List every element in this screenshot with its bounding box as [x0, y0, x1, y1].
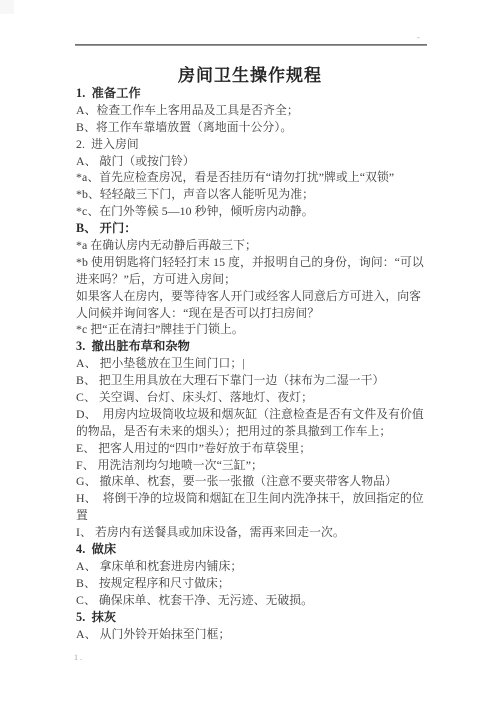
doc-line: B、 把卫生用具放在大理石下靠门一边（抹布为二湿一干）: [76, 372, 432, 389]
corner-shade: [0, 0, 14, 14]
doc-line: 1. 准备工作: [76, 85, 432, 102]
header-tick-mark: -: [416, 33, 421, 42]
doc-line: 2. 进入房间: [76, 136, 432, 153]
doc-line: *a、首先应检查房况，看是否挂历有“请勿打扰”牌或上“双锁”: [76, 169, 432, 186]
page-title: 房间卫生操作规程: [0, 61, 500, 86]
doc-line: *b、轻轻敲三下门，声音以客人能听见为准；: [76, 186, 432, 203]
doc-line: D、 用房内垃圾筒收垃圾和烟灰缸（注意检查是否有文件及有价值: [76, 406, 432, 423]
doc-line: G、 撤床单、枕套，要一张一张撤（注意不要夹带客人物品）: [76, 473, 432, 490]
doc-line: A、 把小垫毯放在卫生间门口；|: [76, 355, 432, 372]
doc-line: 人问候并询问客人：“现在是否可以打扫房间？: [76, 305, 432, 322]
doc-line: 进来吗？”后，方可进入房间；: [76, 271, 432, 288]
doc-line: I、 若房内有送餐具或加床设备，需再来回走一次。: [76, 524, 432, 541]
doc-line: B、 按规定程序和尺寸做床；: [76, 575, 432, 592]
document-body: 1. 准备工作A、检查工作车上客用品及工具是否齐全；B、将工作车靠墙放置（离地面…: [76, 85, 432, 642]
doc-line: *c 把“正在清扫”牌挂于门锁上。: [76, 321, 432, 338]
doc-line: E、 把客人用过的“四巾”卷好放于布草袋里；: [76, 440, 432, 457]
doc-line: C、 确保床单、枕套干净、无污迹、无破损。: [76, 592, 432, 609]
header-rule: [75, 44, 427, 46]
doc-line: *a 在确认房内无动静后再敲三下；: [76, 237, 432, 254]
doc-line: B、 开门：: [76, 220, 432, 237]
doc-line: H、 将倒干净的垃圾筒和烟缸在卫生间内洗净抹干，放回指定的位: [76, 490, 432, 507]
doc-line: 的物品，是否有未来的烟头）；把用过的茶具撤到工作车上；: [76, 423, 432, 440]
document-page: - 房间卫生操作规程 1. 准备工作A、检查工作车上客用品及工具是否齐全；B、将…: [0, 0, 500, 708]
doc-line: 3. 撤出脏布草和杂物: [76, 338, 432, 355]
doc-line: A、 拿床单和枕套进房内铺床；: [76, 558, 432, 575]
doc-line: 5. 抹灰: [76, 609, 432, 626]
doc-line: *b 使用钥匙将门轻轻打末 15 度，并报明自己的身份，询问：“可以: [76, 254, 432, 271]
doc-line: 4. 做床: [76, 541, 432, 558]
doc-line: A、 从门外铃开始抹至门框；: [76, 626, 432, 643]
doc-line: C、 关空调、台灯、床头灯、落地灯、夜灯；: [76, 389, 432, 406]
doc-line: 置: [76, 507, 432, 524]
doc-line: A、检查工作车上客用品及工具是否齐全；: [76, 102, 432, 119]
doc-line: A、 敲门（或按门铃）: [76, 153, 432, 170]
doc-line: 如果客人在房内，要等待客人开门或经客人同意后方可进入，向客: [76, 288, 432, 305]
doc-line: B、将工作车靠墙放置（离地面十公分）。: [76, 119, 432, 136]
doc-line: F、 用洗洁剂均匀地喷一次“三缸”；: [76, 457, 432, 474]
page-number: 1 .: [74, 653, 82, 662]
doc-line: *c、在门外等候 5—10 秒钟，倾听房内动静。: [76, 203, 432, 220]
